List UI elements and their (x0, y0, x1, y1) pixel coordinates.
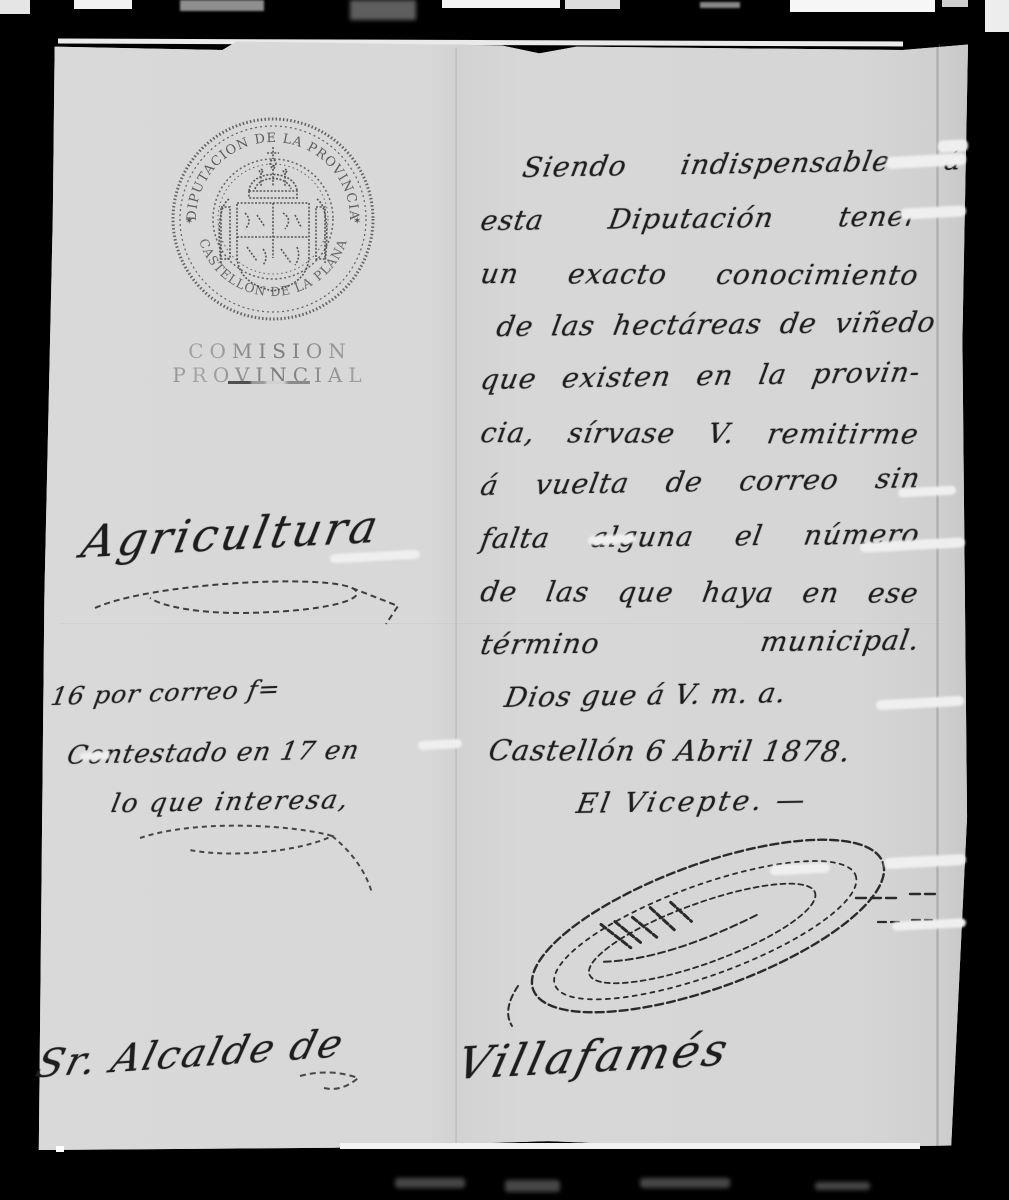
paper-bottom-edge-highlight (340, 1143, 920, 1149)
body-line: falta alguna el número (477, 507, 925, 565)
body-line: Dios gue á V. m. a. (500, 663, 957, 724)
letter-body: Siendo indispensable á esta Diputación t… (481, 141, 951, 830)
scanner-artifact (942, 0, 968, 7)
scanner-artifact (790, 0, 935, 12)
body-line: esta Diputación tener (477, 189, 925, 247)
scanner-artifact (985, 0, 1009, 32)
scanned-letter-page: { "scan": { "background_color": "#000000… (0, 0, 1009, 1200)
scanner-artifact (565, 0, 620, 9)
body-line: El Vicepte. — (572, 770, 957, 830)
scanner-artifact (700, 2, 740, 8)
whiteout-streak (938, 139, 969, 153)
body-line: que existen en la provin- (476, 345, 925, 406)
scanner-ghost-mark (815, 1182, 870, 1190)
body-line: de las hectáreas de viñedo (493, 295, 941, 353)
scanner-ghost-mark (395, 1178, 465, 1188)
paper-bottom-edge-highlight (56, 1146, 64, 1152)
body-line: de las que haya en ese (477, 565, 923, 620)
whiteout-streak (80, 751, 110, 761)
body-line: Castellón 6 Abril 1878. (485, 724, 955, 779)
body-line: un exacto conocimiento (477, 247, 923, 302)
body-line: término municipal. (477, 613, 925, 671)
body-line: á vuelta de correo sin (476, 451, 925, 512)
addressee-flourish (0, 0, 460, 1130)
scanner-ghost-mark (505, 1180, 560, 1192)
scanner-ghost-mark (640, 1178, 730, 1188)
